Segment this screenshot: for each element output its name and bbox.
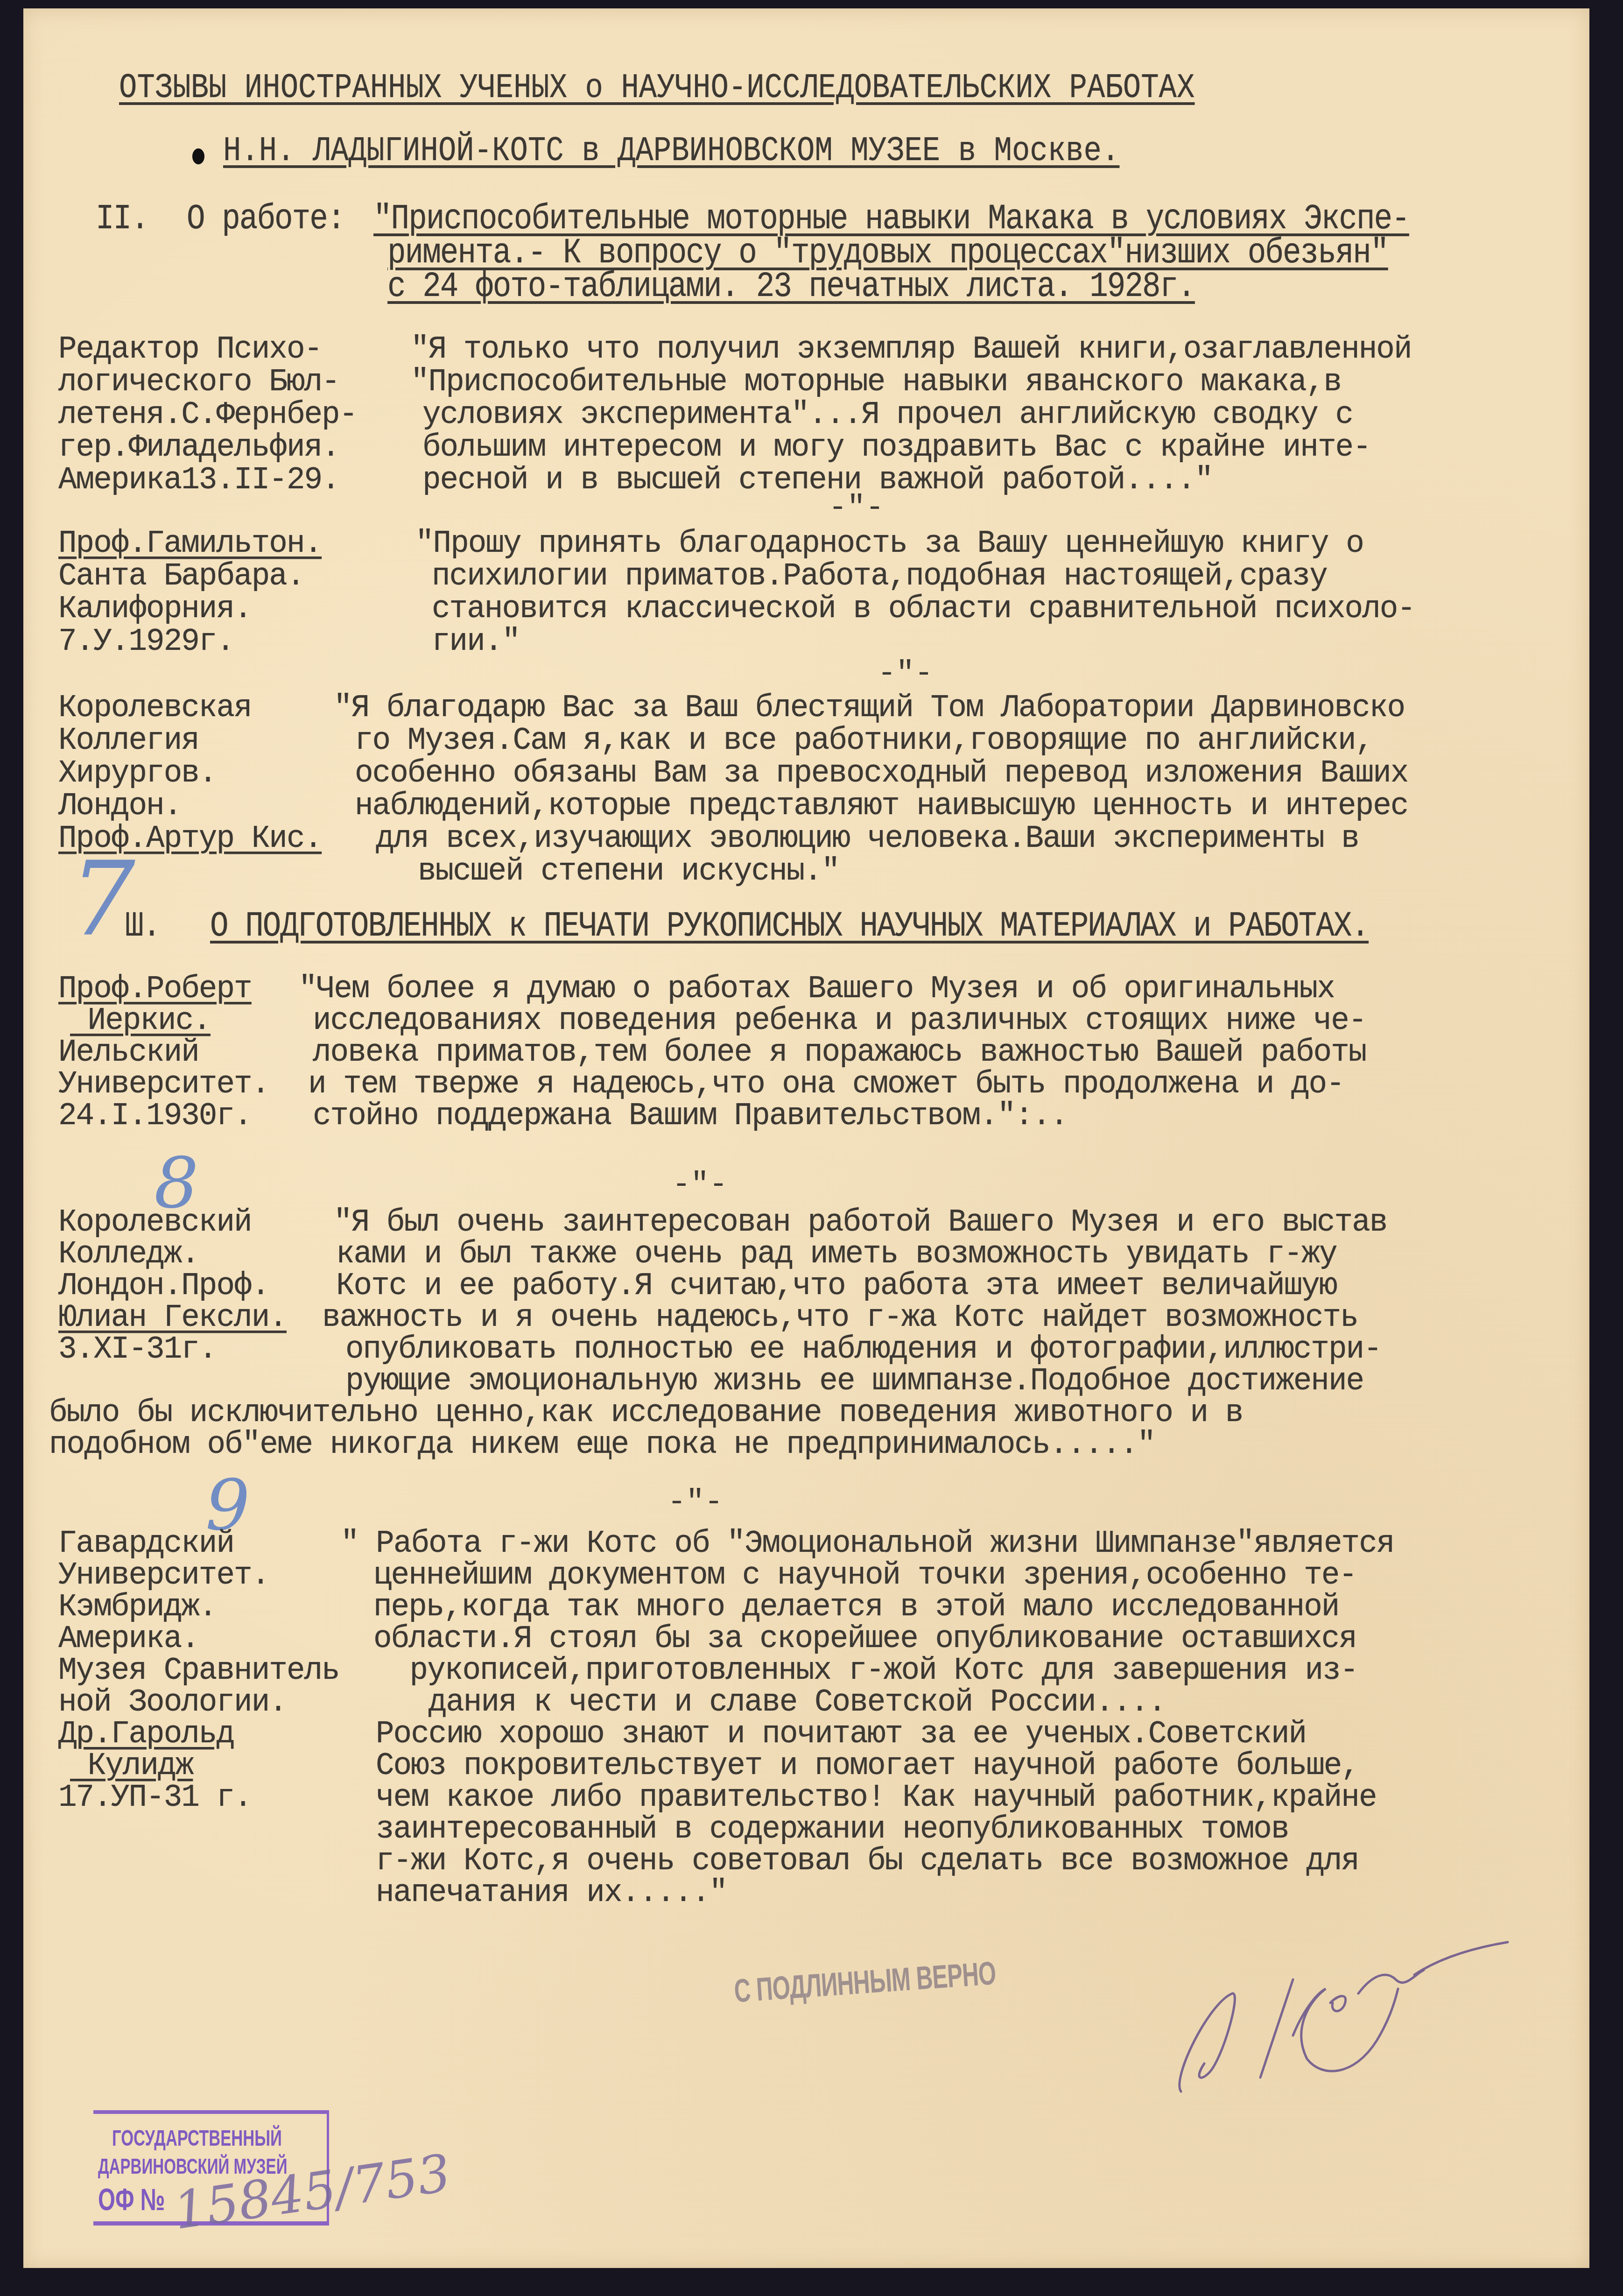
review-quote-line: Россию хорошо знают и почитают за ее уче… bbox=[376, 1717, 1306, 1750]
review-quote-line: " Работа г-жи Котс об "Эмоциональной жиз… bbox=[341, 1527, 1394, 1560]
review-quote-line: становится классической в области сравни… bbox=[432, 592, 1415, 625]
review-author-line: Королевский bbox=[58, 1205, 252, 1239]
review-author-line: Проф.Роберт bbox=[58, 972, 252, 1005]
review-author-line: Калифорния. bbox=[58, 592, 252, 625]
review-author-line: Колледж. bbox=[58, 1237, 199, 1270]
review-author-line: гер.Филадельфия. bbox=[58, 430, 339, 464]
review-author-line: Проф.Гамильтон. bbox=[58, 527, 322, 560]
review-quote-line: перь,когда так много делается в этой мал… bbox=[373, 1590, 1339, 1623]
work-title-line: "Приспособительные моторные навыки Макак… bbox=[373, 201, 1409, 237]
review-quote-line: высшей степени искусны." bbox=[418, 854, 839, 887]
review-quote-line: дания к чести и славе Советской России..… bbox=[411, 1685, 1166, 1718]
work-title-line: с 24 фото-таблицами. 23 печатных листа. … bbox=[387, 268, 1195, 305]
review-author-line: 24.I.1930г. bbox=[58, 1099, 252, 1132]
review-quote-line: рующие эмоциональную жизнь ее шимпанзе.П… bbox=[345, 1364, 1363, 1397]
review-quote-line: го Музея.Сам я,как и все работники,говор… bbox=[355, 724, 1373, 757]
review-author-line: Музея Сравнитель bbox=[58, 1654, 339, 1687]
review-author-line: логического Бюл- bbox=[58, 365, 339, 398]
review-quote-line: наблюдений,которые представляют наивысшу… bbox=[355, 789, 1408, 822]
review-quote-line: ловека приматов,тем более я поражаюсь ва… bbox=[313, 1035, 1366, 1069]
review-author-line: Университет. bbox=[58, 1558, 269, 1592]
review-quote-line: особенно обязаны Вам за превосходный пер… bbox=[355, 756, 1408, 789]
review-quote-line: исследованиях поведения ребенка и различ… bbox=[313, 1004, 1366, 1037]
review-author-line: Хирургов. bbox=[58, 756, 216, 789]
separator: -"- bbox=[829, 490, 884, 525]
review-author-line: 3.XI-31г. bbox=[58, 1332, 216, 1366]
museum-stamp-line1: ГОСУДАРСТВЕННЫЙ bbox=[112, 2126, 282, 2151]
review-quote-line: заинтересованный в содержании неопублико… bbox=[376, 1812, 1289, 1845]
review-quote-line: Союз покровительствует и помогает научно… bbox=[376, 1749, 1359, 1782]
review-author-line: 7.У.1929г. bbox=[58, 625, 234, 658]
review-author-line: Кулидж bbox=[70, 1749, 193, 1782]
review-author-line: Др.Гарольд bbox=[58, 1717, 234, 1750]
separator: -"- bbox=[672, 1167, 728, 1202]
section-3-numeral: Ш. bbox=[125, 908, 160, 944]
review-quote-continuation: подобном об"еме никогда никем еще пока н… bbox=[49, 1428, 1155, 1461]
review-quote-line: психилогии приматов.Работа,подобная наст… bbox=[432, 559, 1327, 592]
document-title-line2: Н.Н. ЛАДЫГИНОЙ-КОТС в ДАРВИНОВСКОМ МУЗЕЕ… bbox=[223, 133, 1119, 169]
review-quote-line: опубликовать полностью ее наблюдения и ф… bbox=[345, 1332, 1381, 1366]
review-author-line: Гавардский bbox=[58, 1527, 234, 1560]
review-author-line: Университет. bbox=[58, 1067, 269, 1100]
review-author-line: Лондон.Проф. bbox=[58, 1269, 269, 1302]
review-author-line: Санта Барбара. bbox=[58, 559, 304, 592]
review-quote-line: "Прошу принять благодарность за Вашу цен… bbox=[415, 527, 1363, 560]
section-3-heading: О ПОДГОТОВЛЕННЫХ к ПЕЧАТИ РУКОПИСНЫХ НАУ… bbox=[210, 908, 1369, 944]
review-author-line: Коллегия bbox=[58, 724, 199, 757]
review-quote-line: и тем тверже я надеюсь,что она сможет бы… bbox=[308, 1067, 1344, 1100]
review-author-line: Юлиан Гексли. bbox=[58, 1301, 287, 1334]
review-author-line: летеня.С.Фернбер- bbox=[58, 398, 357, 431]
review-quote-line: "Я благодарю Вас за Ваш блестящий Том Ла… bbox=[334, 691, 1405, 724]
review-quote-line: ками и был также очень рад иметь возможн… bbox=[336, 1237, 1337, 1270]
punch-hole bbox=[192, 148, 204, 164]
section-2-numeral: II. bbox=[96, 201, 148, 237]
review-quote-line: области.Я стоял бы за скорейшее опублико… bbox=[373, 1622, 1356, 1655]
review-quote-line: ресной и в высшей степени важной работой… bbox=[422, 463, 1212, 496]
review-quote-line: чем какое либо правительство! Как научны… bbox=[376, 1781, 1377, 1814]
review-author-line: Иеркис. bbox=[70, 1004, 211, 1037]
review-quote-line: ценнейшим документом с научной точки зре… bbox=[373, 1558, 1356, 1592]
review-author-line: Америка. bbox=[58, 1622, 199, 1655]
review-quote-line: "Я только что получил экземпляр Вашей кн… bbox=[411, 332, 1412, 366]
review-quote-line: "Я был очень заинтересован работой Вашег… bbox=[334, 1205, 1387, 1239]
review-quote-line: Котс и ее работу.Я считаю,что работа эта… bbox=[336, 1269, 1337, 1302]
signature-kots bbox=[1153, 1937, 1592, 2115]
review-author-line: Редактор Психо- bbox=[58, 332, 322, 366]
separator: -"- bbox=[667, 1485, 723, 1520]
review-author-line: 17.УП-31 г. bbox=[58, 1781, 252, 1814]
review-quote-line: гии." bbox=[432, 625, 520, 658]
review-author-line: Королевская bbox=[58, 691, 252, 724]
review-quote-line: "Приспособительные моторные навыки яванс… bbox=[411, 365, 1341, 398]
review-quote-line: важность и я очень надеюсь,что г-жа Котс… bbox=[322, 1301, 1358, 1334]
review-quote-line: рукописей,приготовленных г-жой Котс для … bbox=[392, 1654, 1357, 1687]
review-quote-continuation: было бы исключительно ценно,как исследов… bbox=[49, 1396, 1243, 1429]
review-author-line: Америка13.II-29. bbox=[58, 463, 339, 496]
review-quote-line: напечатания их....." bbox=[376, 1876, 727, 1909]
museum-stamp-line3: ОФ № bbox=[98, 2182, 165, 2217]
review-quote-line: большим интересом и могу поздравить Вас … bbox=[422, 430, 1370, 464]
review-quote-line: стойно поддержана Вашим Правительством."… bbox=[313, 1099, 1068, 1132]
review-author-line: Лондон. bbox=[58, 789, 181, 822]
review-author-line: Кэмбридж. bbox=[58, 1590, 216, 1623]
review-quote-line: г-жи Котс,я очень советовал бы сделать в… bbox=[376, 1844, 1359, 1877]
review-author-line: ной Зоологии. bbox=[58, 1685, 287, 1718]
review-quote-line: "Чем более я думаю о работах Вашего Музе… bbox=[299, 972, 1335, 1005]
separator: -"- bbox=[878, 656, 933, 691]
review-quote-line: для всех,изучающих эволюцию человека.Ваш… bbox=[376, 822, 1359, 855]
section-2-label: О работе: bbox=[187, 201, 344, 237]
document-title-line1: ОТЗЫВЫ ИНОСТРАННЫХ УЧЕНЫХ о НАУЧНО-ИССЛЕ… bbox=[119, 70, 1194, 106]
review-author-line: Иельский bbox=[58, 1035, 199, 1069]
review-quote-line: условиях эксперимента"...Я прочел англий… bbox=[422, 398, 1353, 431]
